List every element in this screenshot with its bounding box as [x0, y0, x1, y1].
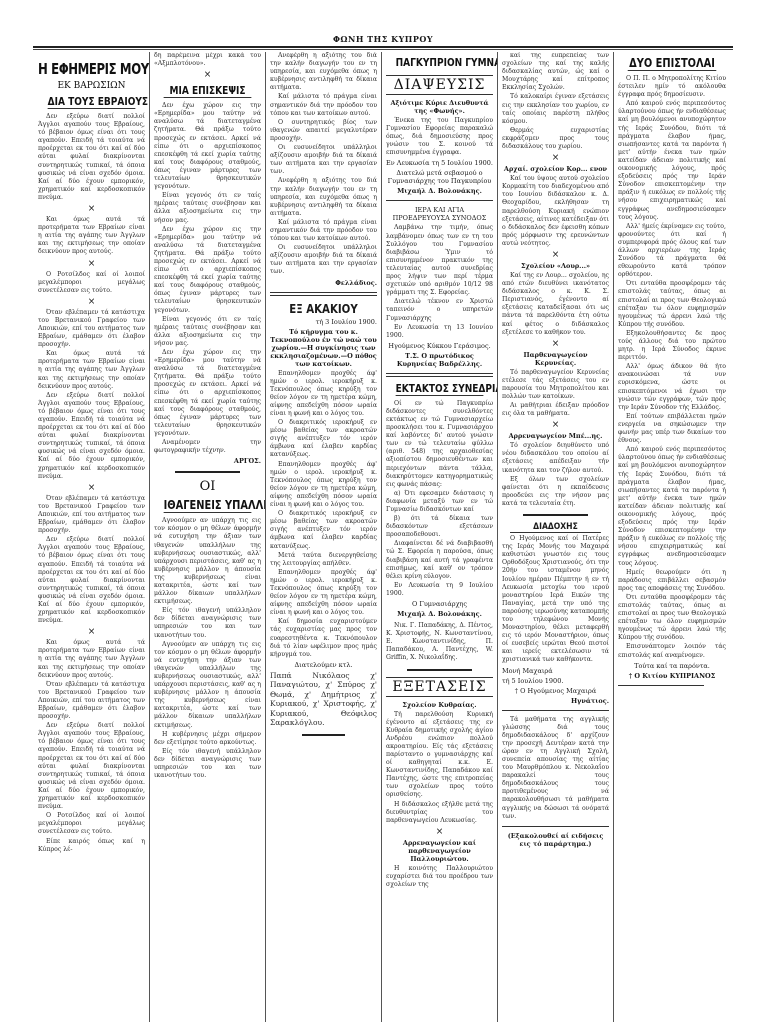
column-5: καί της ευπρεπείας των σχολείων της καί …	[498, 52, 614, 1022]
signature-intro: † Ο Ηγούμενος Μαχαιρά	[502, 687, 609, 695]
column-2: δη παρέμεινα μέχρι κακά του «Αξμπλοτόνου…	[150, 52, 266, 1022]
ornament-divider	[523, 514, 587, 516]
signature-volonakis: Μιχαήλ Δ. Βολονάκης.	[386, 610, 493, 618]
paragraph: Επανηλθομεν προχθές άφ' ημών ο ιερολ. ιε…	[270, 461, 377, 510]
section-divider-x: ×	[502, 153, 609, 163]
paragraph: Ο Ροτσίλδος καί οί λοιποί μεγαλέμποροι μ…	[38, 812, 145, 836]
paragraph: α) Ότι εφεσαμεν διάστασις η διαφωνία μετ…	[386, 490, 493, 514]
paragraph: Όταν εβλέπαμεν τά κατάστιχα του Βρετανικ…	[38, 681, 145, 721]
paragraph: Δεν έχω χώρον εις την «Ερημερίδα» μου τα…	[154, 102, 261, 191]
article-title-native-officials: ΙΘΑΓΕΝΕΙΣ ΥΠΑΛΛΗΛΟΙ	[164, 498, 252, 513]
section-divider-x: ×	[502, 250, 609, 260]
masthead-rule	[33, 46, 733, 50]
paragraph: Αγνοούμεν αν υπάρχη τις εις τον κόσμον ο…	[154, 517, 261, 606]
paragraph: Ανεφέρθη η αξιότης του διά την καλήν δια…	[270, 177, 377, 217]
divider-rule	[618, 685, 704, 686]
column-6: ΔΥΟ ΕΠΙΣΤΟΛΑΙ Ο Π. Π. ο Μητροπολίτης Κιτ…	[614, 52, 730, 1022]
paragraph: Καί του ύψους αυτού σχολείου Κορμακίτη τ…	[502, 175, 609, 248]
article-title-denial: ΔΙΑΨΕΥΣΙΣ	[386, 75, 493, 95]
paragraph: Οι ευσυνείδητοι υπάλληλοι αξίζουσιν αμοι…	[270, 244, 377, 276]
ornament-divider	[407, 669, 471, 671]
subhead-pallouriotissa-schools: Αρρεναγωγείον καί παρθεναγωγείον Παλλουρ…	[386, 839, 493, 863]
section-divider-x: ×	[386, 827, 493, 837]
signature-intro: Ο Γυμνασιάρχης	[386, 600, 493, 608]
paragraph: Λαμβάνω την τιμήν, όπως λαμβάνομεν όπως …	[386, 224, 493, 297]
section-divider-x: ×	[38, 627, 145, 637]
subhead-boys-school: Αρρεναγωγείον Μπέ...ης.	[502, 432, 609, 440]
ornament-divider	[302, 734, 345, 736]
paragraph: Επί τούτων επιβάλλεται ημών ενεργεία να …	[618, 413, 726, 445]
signatories-list: Παπά Νικόλαος χ' Παναγιώτου, χ' Σπύρος χ…	[270, 671, 377, 728]
paragraph: Είναι γεγονός ότι εν ταίς ημέραις ταύται…	[154, 192, 261, 224]
signature-intro: Διατελώ μετά σεβασμού ο Γυμνασιάρχης του…	[386, 169, 493, 185]
article-title-examinations: ΕΞΕΤΑΣΕΙΣ	[386, 677, 493, 697]
paragraph: Ο διακριτικός ιεροκήρυξ εν μέσω βαθείας …	[270, 510, 377, 550]
subhead-school: Αρχαί. σχολείον Κορ... ενον	[502, 165, 609, 173]
paragraph: β) ότι τά δίκαια των διδασκόντων εξετάσε…	[386, 515, 493, 539]
salutation: Αξιότιμε Κύριε Διευθυντά της «Φωνής».	[386, 99, 493, 115]
section-divider-x: ×	[38, 483, 145, 493]
paragraph: Δεν έχω χώρον εις την «Ερημερίδα» μου τα…	[154, 226, 261, 315]
paragraph: Επανηλθομεν προχθές άφ' ημών ο ιερολ. ιε…	[270, 370, 377, 419]
paragraph: Η διδάσκαλος εξήλθε μετά της διευθυντρία…	[386, 801, 493, 825]
paragraph: Ο Ροτσίλδος καί οί λοιποί μεγαλέμποροι μ…	[38, 271, 145, 295]
article-date: Εν Λευκωσία τη 5 Ιουλίου 1900.	[386, 159, 493, 167]
paragraph: Τό παρθεναγωγείον Κερυνείας ετέλεσε τάς …	[502, 369, 609, 401]
paragraph: Τό καλοκαίρι έγιναν εξετάσεις εις την εκ…	[502, 93, 609, 125]
paragraph: Δεν έχω χώρον εις την «Ερημερίδα» μου τα…	[154, 349, 261, 438]
section-divider-x: ×	[154, 70, 261, 80]
divider-rule	[386, 373, 493, 377]
divider-rule	[386, 200, 493, 201]
paragraph: Όταν εβλέπαμεν τά κατάστιχα του Βρετανικ…	[38, 495, 145, 535]
section-divider-x: ×	[38, 204, 145, 214]
article-title-visit: ΜΙΑ ΕΠΙΣΚΕΨΙΣ	[164, 84, 252, 98]
paragraph: Καί μάλιστα τό πράγμα είναι σημαντικόν δ…	[270, 93, 377, 117]
headline-my-newspaper: Η ΕΦΗΜΕΡΙΣ ΜΟΥ	[38, 60, 121, 78]
section-divider-x: ×	[38, 259, 145, 269]
paragraph: Η κοινότης Παλλουριώτου ευχαρίστει διά τ…	[386, 865, 493, 889]
article-title-ex-akakiou: ΕΞ ΑΚΑΚΙΟΥ	[278, 302, 369, 316]
ornament-divider	[175, 471, 239, 473]
paragraph: Δεν εξεύρω διατί πολλοί Άγγλοι αγαπούν τ…	[38, 536, 145, 625]
signature-argos: ΑΡΓΟΣ.	[154, 457, 261, 465]
column-1: Η ΕΦΗΜΕΡΙΣ ΜΟΥ ΕΚ ΒΑΡΩΣΙΩΝ ΔΙΑ ΤΟΥΣ ΕΒΡΑ…	[34, 52, 150, 1022]
newspaper-columns: Η ΕΦΗΜΕΡΙΣ ΜΟΥ ΕΚ ΒΑΡΩΣΙΩΝ ΔΙΑ ΤΟΥΣ ΕΒΡΑ…	[34, 52, 734, 1022]
subhead-school: Σχολείον «Λουρ...»	[502, 262, 609, 270]
paragraph-continued: δη παρέμεινα μέχρι κακά του «Αξμπλοτόνου…	[154, 52, 261, 68]
paragraph: Ένεκα της του Παγκυπρίου Γυμνασίου Εφορε…	[386, 117, 493, 157]
continued-note: (Εξακολουθεί αί ειδήσεις εις τό παράρτημ…	[502, 832, 609, 848]
paragraph: Αι μαθήτριαι έδειξαν πρόοδον εις όλα τα …	[502, 402, 609, 418]
divider-rule	[502, 710, 609, 711]
paragraph: Η κυβέρνησις μέχρι σήμερον δεν εξετίμησε…	[154, 731, 261, 747]
paragraph: Όταν εβλέπαμεν τά κατάστιχα του Βρετανικ…	[38, 309, 145, 349]
intro-paragraph: Ο Π. Π. ο Μητροπολίτης Κιτίου έστειλεν η…	[618, 75, 726, 99]
signatories-label: Διατελούμεν κτλ.	[270, 661, 377, 669]
paragraph: Εν Λευκωσία τη 13 Ιουνίου 1900.	[386, 324, 493, 340]
signature-felladios: Φελλάδιος.	[270, 279, 377, 287]
article-title-two-letters: ΔΥΟ ΕΠΙΣΤΟΛΑΙ	[628, 56, 717, 71]
paragraph: Και όμως αυτά τά προτερήματα των Εβραίων…	[38, 350, 145, 390]
paragraph: Οί εν τώ Παγκυπρίω διδάσκοντες συνελθόντ…	[386, 400, 493, 489]
divider-rule	[270, 292, 377, 296]
paragraph: Τή παρελθούση Κυριακή έγένοντο αί εξετάσ…	[386, 711, 493, 800]
signature-intro: Ηγούμενος Κύκκου Γεράσιμος.	[386, 342, 493, 350]
paragraph: Καί δημοσία ευχαριστούμεν τάς ευχαριστία…	[270, 618, 377, 658]
subhead-kythrea-school: Σχολείον Κυθραίας.	[386, 701, 493, 709]
paragraph: Ο Ηγούμενος καί οί Πατέρες της Ιεράς Μον…	[502, 535, 609, 665]
paragraph: Οι ευσυνείδητοι υπάλληλοι αξίζουσιν αμοι…	[270, 144, 377, 176]
paragraph: Καί της εν Λουρ... σχολείου, ης από ετών…	[502, 272, 609, 337]
paragraph: Ο διακριτικός ιεροκήρυξ εν μέσω βαθείας …	[270, 419, 377, 459]
column-4: ΠΑΓΚΥΠΡΙΟΝ ΓΥΜΝΑΣΙΟΝ ΔΙΑΨΕΥΣΙΣ Αξιότιμε …	[382, 52, 498, 1022]
article-title-succession: ΔΙΑΔΟΧΗΣ	[510, 522, 601, 533]
paragraph: Δεν εξεύρω διατί πολλοί Άγγλοι αγαπούν τ…	[38, 722, 145, 811]
paragraph: Διατελώ τέκνον εν Χριστώ ταπεινόν ο υπηρ…	[386, 298, 493, 322]
paragraph: Δεν εξεύρω διατί πολλοί Άγγλοι αγαπούν τ…	[38, 392, 145, 481]
article-title-extraordinary-session: ΕΚΤΑΚΤΟΣ ΣΥΝΕΔΡΙΑ	[396, 382, 484, 396]
paragraph: Εν Λευκωσία τη 9 Ιουλίου 1900.	[386, 582, 493, 598]
paragraph: Επισυνάπτομεν λοιπόν τάς επιστολάς καί α…	[618, 643, 726, 659]
section-head-pancyprian-gymnasium: ΠΑΓΚΥΠΡΙΟΝ ΓΥΜΝΑΣΙΟΝ	[396, 56, 484, 69]
paragraph: Εξ όλων των σχολείων φαίνεται ότι η εκπα…	[502, 476, 609, 508]
section-divider-x: ×	[502, 339, 609, 349]
signature-volonakis: Μιχαήλ Δ. Βολονάκης.	[386, 187, 493, 195]
signature-kyprianos: † Ο Κιτίου ΚΥΠΡΙΑΝΟΣ	[618, 672, 726, 680]
paragraph: Ημείς θεωρούμεν ότι η παράδοσις επιβάλλε…	[618, 569, 726, 593]
article-date: τή 5 Ιουλίου 1900.	[502, 677, 609, 685]
paragraph: Τό σχολείον διηυθύνετο υπό νέου διδασκάλ…	[502, 442, 609, 474]
article-title-oi: ΟΙ	[154, 479, 261, 494]
masthead-title: ΦΩΝΗ ΤΗΣ ΚΥΠΡΟΥ	[40, 34, 726, 44]
paragraph: Διαφαίνεται δέ νά διαβιβασθή τώ Σ. Εφορε…	[386, 540, 493, 580]
column-3: Ανεφέρθη η αξιότης του διά την καλήν δια…	[266, 52, 382, 1022]
section-divider-x: ×	[38, 297, 145, 307]
section-divider-x: ×	[502, 420, 609, 430]
paragraph: Ανεφέρθη η αξιότης του διά την καλήν δια…	[270, 52, 377, 92]
paragraph: καί της ευπρεπείας των σχολείων της καί …	[502, 52, 609, 92]
article-lede: Τό κήρυγμα του κ. Τεκνοπούλου έν τώ ναώ …	[270, 328, 377, 368]
paragraph: Θερμάς ευχαριστίας εκφράζομεν προς τους …	[502, 127, 609, 151]
paragraph: Ο συντηρητικός βίος των ιθαγενών απαιτεί…	[270, 119, 377, 143]
paragraph: Και όμως αυτά τά προτερήματα των Εβραίων…	[38, 216, 145, 256]
paragraph: Δεν εξεύρω διατί πολλοί Άγγλοι αγαπούν τ…	[38, 113, 145, 202]
paragraph-end: Είπε καιρός όπως καί η Κύπρος λέ-	[38, 838, 145, 854]
paragraph: Ότι ενταύθα προσφέρομεν τάς επιστολάς τα…	[618, 280, 726, 329]
paragraph: Τά μαθήματα της αγγλικής γλώσσης διά του…	[502, 716, 609, 821]
paragraph: Αλλ' όμως άδικον θά ήτο ανακοινώσαι τά ν…	[618, 363, 726, 412]
paragraph: Από καιρού ενός περιπεσόντος ύλαρτούνου …	[618, 100, 726, 221]
paragraph: Από καιρού ενός περιπεσόντος ύλαρτούνου …	[618, 446, 726, 567]
paragraph: Αναμένομεν την φωτογραφικήν τέχνην.	[154, 439, 261, 455]
place: Μονή Μαχαιρά	[502, 667, 609, 675]
paragraph: Αλλ' ήμείς έκρίναμεν εις τούτο, φρονούντ…	[618, 223, 726, 280]
dateline-varosia: ΕΚ ΒΑΡΩΣΙΩΝ	[38, 81, 145, 91]
subhead-girls-school: Παρθεναγωγείον Κερυνείας.	[502, 351, 609, 367]
paragraph: Εξηκολουθήσαντες δε προς τούς άλλους διά…	[618, 330, 726, 362]
signature-vadrellis: Τ.Σ. Ο πρωτόδικος Κυρηνείας Βαδρέλλης.	[386, 352, 493, 368]
paragraph: Είς τόν ιθαγενή υπάλληλον δεν δίδεται αν…	[154, 748, 261, 780]
paragraph: Και όμως αυτά τά προτερήματα των Εβραίων…	[38, 639, 145, 679]
paragraph: Ότι ενταύθα προσφέρομεν τάς επιστολάς τα…	[618, 594, 726, 643]
paragraph: Μετά ταύτα διενεργηθείσης της λειτουργία…	[270, 552, 377, 568]
paragraph: Είς τόν ιθαγενή υπάλληλον δεν δίδεται αν…	[154, 607, 261, 639]
article-title-jews: ΔΙΑ ΤΟΥΣ ΕΒΡΑΙΟΥΣ	[48, 95, 136, 109]
paragraph: Είναι γεγονός ότι εν ταίς ημέραις ταύται…	[154, 316, 261, 348]
paragraph: Αγνοούμεν αν υπάρχη τις εις τον κόσμον ο…	[154, 641, 261, 730]
paragraph: Καί μάλιστα τό πράγμα είναι σημαντικόν δ…	[270, 219, 377, 243]
members-list: Νικ. Γ. Παπαδάκης, Δ. Πέντος, Κ. Χριστοφ…	[386, 622, 493, 662]
article-date: τή 3 Ιουλίου 1900.	[270, 318, 377, 326]
divider-rule	[502, 826, 609, 827]
paragraph: Επανηλθομεν προχθές άφ' ημών ο ιερολ. ιε…	[270, 569, 377, 618]
subhead-synod: ΙΕΡΑ ΚΑΙ ΑΓΙΑ ΠΡΟΕΔΡΕΥΟΥΣΑ ΣΥΝΟΔΟΣ	[386, 206, 493, 222]
closing-line: Τούτα καί τα παρόντα.	[618, 662, 726, 670]
signature-ignatios: Ηγνάτιος.	[502, 697, 609, 705]
